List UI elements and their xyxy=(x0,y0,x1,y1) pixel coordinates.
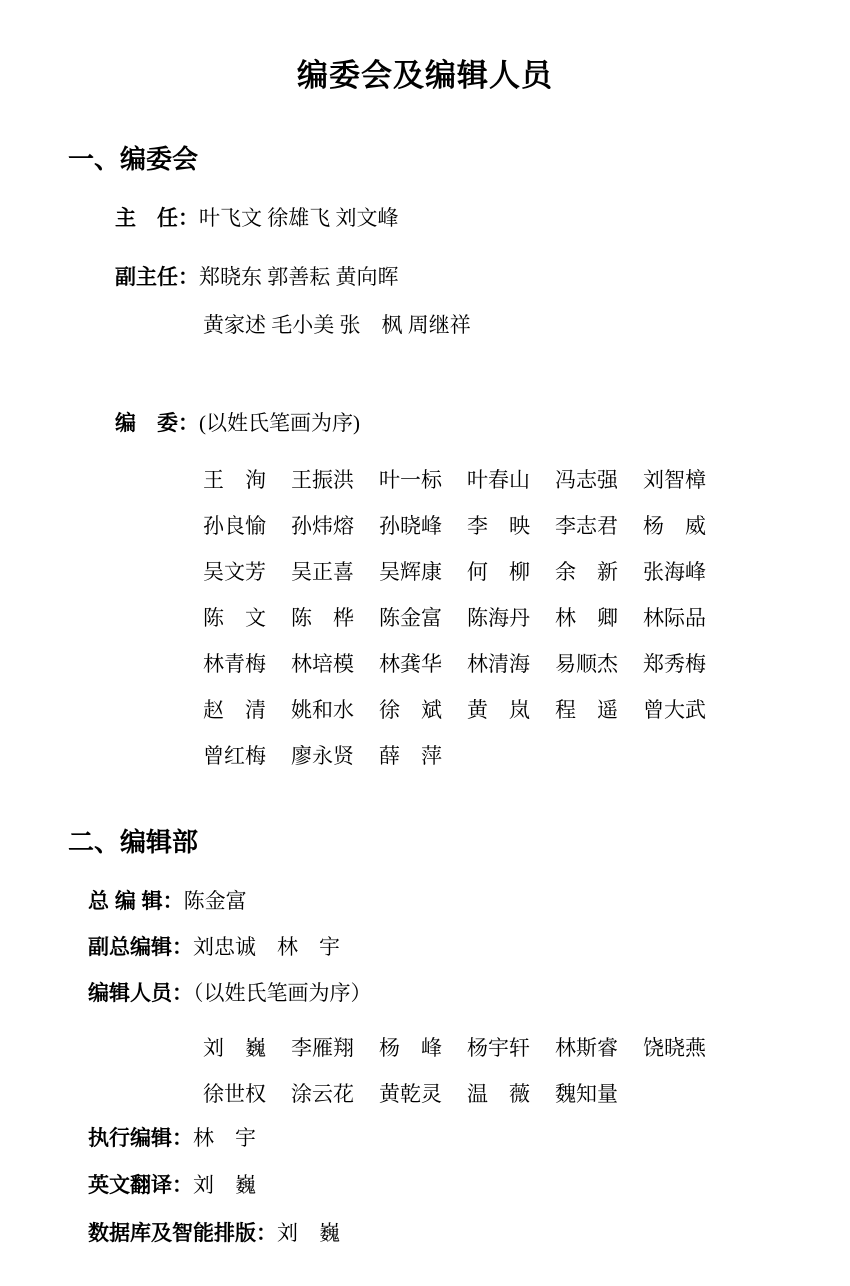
member-name: 叶一标 xyxy=(379,464,467,492)
member-name: 薛 萍 xyxy=(379,740,467,768)
deputy-chief-editor-label: 副总编辑： xyxy=(88,936,193,959)
member-name: 徐 斌 xyxy=(379,694,467,722)
executive-editor-name: 林 宇 xyxy=(193,1126,256,1150)
member-name: 杨 威 xyxy=(643,510,731,538)
member-name: 余 新 xyxy=(555,556,643,584)
editor-name: 饶晓燕 xyxy=(643,1032,731,1060)
member-name: 王振洪 xyxy=(291,464,379,492)
member-name: 吴文芳 xyxy=(203,556,291,584)
member-name: 赵 清 xyxy=(203,694,291,722)
editor-row: 徐世权 涂云花 黄乾灵 温 薇 魏知量 xyxy=(203,1078,850,1106)
member-row: 赵 清 姚和水 徐 斌 黄 岚 程 遥 曾大武 xyxy=(203,694,850,722)
editor-name: 李雁翔 xyxy=(291,1032,379,1060)
member-name: 何 柳 xyxy=(467,556,555,584)
editor-name: 杨宇轩 xyxy=(467,1032,555,1060)
editor-row: 刘 巍 李雁翔 杨 峰 杨宇轩 林斯睿 饶晓燕 xyxy=(203,1032,850,1060)
member-name: 林清海 xyxy=(467,648,555,676)
member-name: 李志君 xyxy=(555,510,643,538)
member-name: 林 卿 xyxy=(555,602,643,630)
member-row: 孙良愉 孙炜熔 孙晓峰 李 映 李志君 杨 威 xyxy=(203,510,850,538)
member-name: 陈海丹 xyxy=(467,602,555,630)
member-row: 曾红梅 廖永贤 薛 萍 xyxy=(203,740,850,768)
member-name: 易顺杰 xyxy=(555,648,643,676)
member-row: 林青梅 林培模 林龚华 林清海 易顺杰 郑秀梅 xyxy=(203,648,850,676)
member-name: 廖永贤 xyxy=(291,740,379,768)
chief-editor-label: 总 编 辑： xyxy=(88,890,184,913)
chief-editor-name: 陈金富 xyxy=(184,889,247,913)
member-row: 吴文芳 吴正喜 吴辉康 何 柳 余 新 张海峰 xyxy=(203,556,850,584)
committee-sort-note: (以姓氏笔画为序) xyxy=(199,411,360,435)
committee-member-grid: 王 洵 王振洪 叶一标 叶春山 冯志强 刘智樟 孙良愉 孙炜熔 孙晓峰 李 映 … xyxy=(203,464,850,768)
member-name: 孙炜熔 xyxy=(291,510,379,538)
member-name: 林青梅 xyxy=(203,648,291,676)
editor-name: 涂云花 xyxy=(291,1078,379,1106)
member-name: 吴辉康 xyxy=(379,556,467,584)
member-name: 黄 岚 xyxy=(467,694,555,722)
member-name: 陈 桦 xyxy=(291,602,379,630)
database-typesetting-row: 数据库及智能排版：刘 巍 xyxy=(88,1219,850,1248)
editor-grid: 刘 巍 李雁翔 杨 峰 杨宇轩 林斯睿 饶晓燕 徐世权 涂云花 黄乾灵 温 薇 … xyxy=(203,1032,850,1106)
chief-editor-row: 总 编 辑：陈金富 xyxy=(88,887,850,916)
editor-name: 刘 巍 xyxy=(203,1032,291,1060)
editor-name: 林斯睿 xyxy=(555,1032,643,1060)
member-name: 郑秀梅 xyxy=(643,648,731,676)
member-name: 陈 文 xyxy=(203,602,291,630)
member-name: 林培模 xyxy=(291,648,379,676)
director-names: 叶飞文 徐雄飞 刘文峰 xyxy=(199,206,399,230)
committee-row: 编 委：(以姓氏笔画为序) xyxy=(115,409,850,438)
deputy-director-names-line1: 郑晓东 郭善耘 黄向晖 xyxy=(199,265,399,289)
member-name: 曾红梅 xyxy=(203,740,291,768)
member-name: 王 洵 xyxy=(203,464,291,492)
member-name: 姚和水 xyxy=(291,694,379,722)
deputy-director-names-line2: 黄家述 毛小美 张 枫 周继祥 xyxy=(203,313,471,337)
member-name: 张海峰 xyxy=(643,556,731,584)
member-name: 曾大武 xyxy=(643,694,731,722)
member-name: 吴正喜 xyxy=(291,556,379,584)
document-page: 编委会及编辑人员 一、编委会 主 任：叶飞文 徐雄飞 刘文峰 副主任：郑晓东 郭… xyxy=(0,0,850,1286)
member-name: 冯志强 xyxy=(555,464,643,492)
member-name: 李 映 xyxy=(467,510,555,538)
member-row: 陈 文 陈 桦 陈金富 陈海丹 林 卿 林际品 xyxy=(203,602,850,630)
database-typesetting-label: 数据库及智能排版： xyxy=(88,1222,277,1245)
member-name: 林龚华 xyxy=(379,648,467,676)
editor-name: 杨 峰 xyxy=(379,1032,467,1060)
deputy-director-label: 副主任： xyxy=(115,266,199,289)
committee-label: 编 委： xyxy=(115,412,199,435)
deputy-chief-editor-names: 刘忠诚 林 宇 xyxy=(193,935,340,959)
member-name: 陈金富 xyxy=(379,602,467,630)
member-row: 王 洵 王振洪 叶一标 叶春山 冯志强 刘智樟 xyxy=(203,464,850,492)
page-title: 编委会及编辑人员 xyxy=(0,0,850,95)
editor-name: 魏知量 xyxy=(555,1078,643,1106)
deputy-chief-editor-row: 副总编辑：刘忠诚 林 宇 xyxy=(88,933,850,962)
director-label: 主 任： xyxy=(115,207,199,230)
deputy-director-row: 副主任：郑晓东 郭善耘 黄向晖 xyxy=(115,263,850,292)
member-name: 孙良愉 xyxy=(203,510,291,538)
editor-name: 徐世权 xyxy=(203,1078,291,1106)
director-row: 主 任：叶飞文 徐雄飞 刘文峰 xyxy=(115,204,850,233)
deputy-director-row-continued: 黄家述 毛小美 张 枫 周继祥 xyxy=(203,311,850,339)
section1-heading: 一、编委会 xyxy=(68,139,850,176)
editorial-staff-label: 编辑人员： xyxy=(88,982,193,1005)
editor-name: 黄乾灵 xyxy=(379,1078,467,1106)
english-translation-label: 英文翻译： xyxy=(88,1174,193,1197)
section2-heading: 二、编辑部 xyxy=(68,822,850,859)
database-typesetting-name: 刘 巍 xyxy=(277,1221,340,1245)
editorial-staff-sort-note: （以姓氏笔画为序） xyxy=(193,981,372,1005)
english-translation-name: 刘 巍 xyxy=(193,1173,256,1197)
member-name: 孙晓峰 xyxy=(379,510,467,538)
executive-editor-row: 执行编辑：林 宇 xyxy=(88,1124,850,1153)
editorial-staff-row: 编辑人员：（以姓氏笔画为序） xyxy=(88,979,850,1008)
editor-name: 温 薇 xyxy=(467,1078,555,1106)
member-name: 程 遥 xyxy=(555,694,643,722)
member-name: 刘智樟 xyxy=(643,464,731,492)
english-translation-row: 英文翻译：刘 巍 xyxy=(88,1171,850,1200)
executive-editor-label: 执行编辑： xyxy=(88,1127,193,1150)
member-name: 叶春山 xyxy=(467,464,555,492)
member-name: 林际品 xyxy=(643,602,731,630)
